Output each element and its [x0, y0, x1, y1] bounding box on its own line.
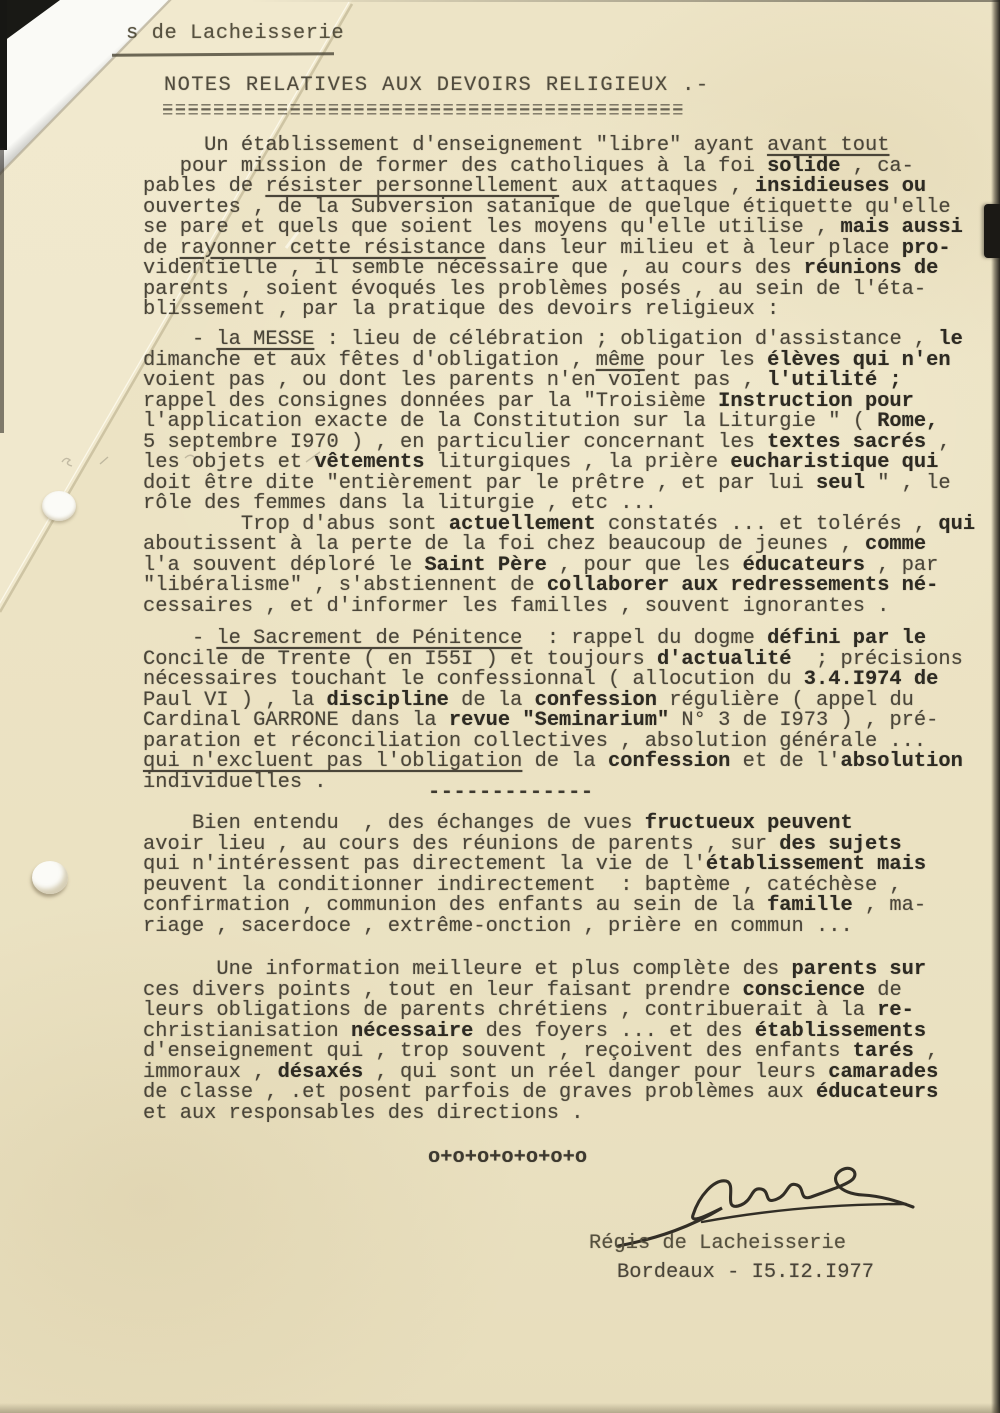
paragraph-information: Une information meilleure et plus complè… [143, 960, 938, 1124]
scanned-document-page: s de Lacheisserie NOTES RELATIVES AUX DE… [0, 0, 1000, 1413]
scanner-corner [0, 0, 60, 44]
punch-hole-top [42, 491, 76, 521]
paragraph-bien-entendu: Bien entendu , des échanges de vues fruc… [143, 814, 926, 937]
paragraph-intro: Un établissement d'enseignement "libre" … [143, 136, 963, 321]
scan-edge-bottom [0, 1403, 1000, 1413]
ornament-separator: o+o+o+o+o+o+o [428, 1148, 587, 1169]
scanner-edge-left-faint [0, 148, 4, 433]
title-double-underline: ========================================… [162, 99, 685, 120]
punch-hole-bottom [32, 861, 68, 894]
header-author-name: s de Lacheisserie [126, 24, 344, 45]
document-title: NOTES RELATIVES AUX DEVOIRS RELIGIEUX .- [164, 76, 709, 97]
scanner-edge-left [0, 0, 7, 150]
paragraph-sacrement-penitence: - le Sacrement de Pénitence : rappel du … [143, 629, 963, 793]
header-underline [112, 52, 334, 56]
signature-place-date: Bordeaux - I5.I2.I977 [617, 1263, 874, 1284]
dashed-separator: ------------- [428, 783, 594, 804]
scan-edge-top [0, 0, 1000, 2]
paragraph-la-messe: - la MESSE : lieu de célébration ; oblig… [143, 330, 975, 617]
scan-edge-notch [984, 204, 1000, 258]
signature-typed-name: Régis de Lacheisserie [589, 1234, 846, 1255]
